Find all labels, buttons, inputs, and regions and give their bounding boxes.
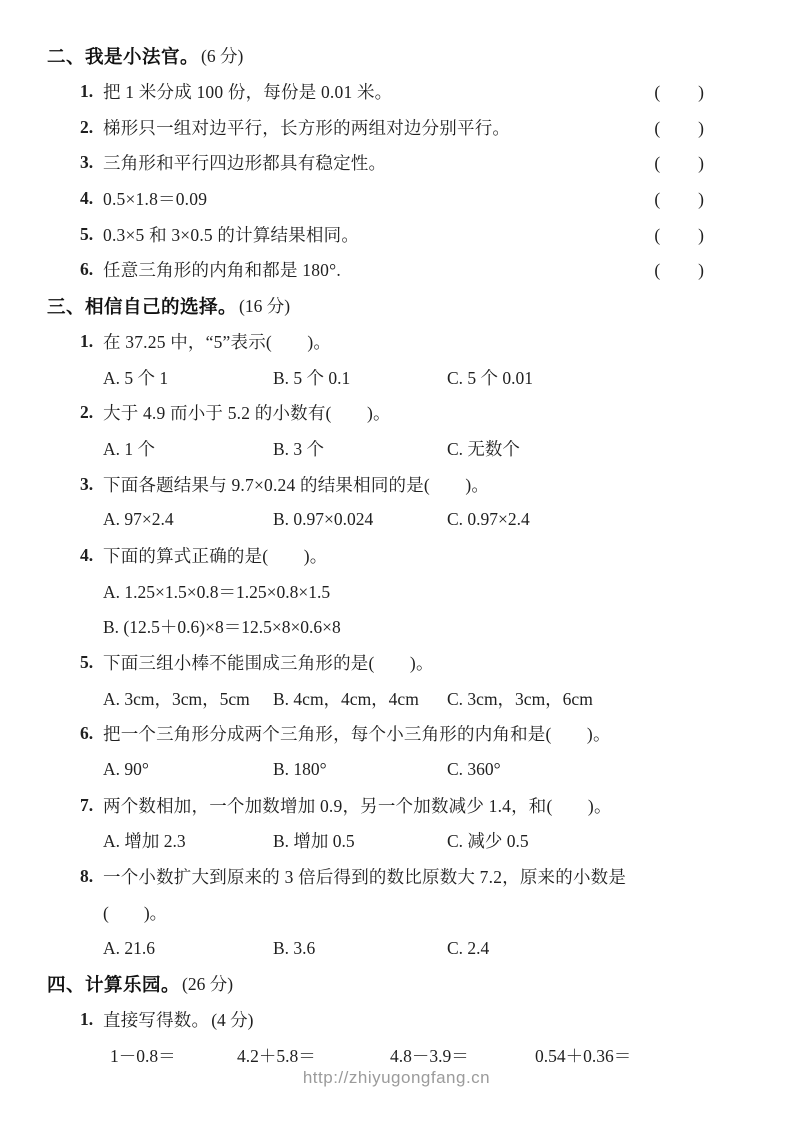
choice-question-5: 5. 下面三组小棒不能围成三角形的是( )。	[80, 645, 705, 681]
calc-problem-3: 4.8－3.9＝	[390, 1043, 535, 1068]
choice-question-7-options: A. 增加 2.3 B. 增加 0.5 C. 减少 0.5	[103, 823, 705, 859]
calc-subtask-1: 1. 直接写得数。 (4 分)	[80, 1002, 705, 1038]
choice-question-3-option-c: C. 0.97×2.4	[447, 509, 705, 530]
choice-question-2-options: A. 1 个 B. 3 个 C. 无数个	[103, 431, 705, 467]
choice-question-8-text: 一个小数扩大到原来的 3 倍后得到的数比原数大 7.2，原来的小数是	[103, 864, 626, 889]
judge-item-5-text: 0.3×5 和 3×0.5 的计算结果相同。	[103, 222, 359, 247]
calc-problem-4: 0.54＋0.36＝	[535, 1043, 705, 1068]
judge-item-2-number: 2.	[80, 117, 103, 138]
judge-item-4: 4. 0.5×1.8＝0.09 ( )	[80, 181, 705, 217]
judge-item-6: 6. 任意三角形的内角和都是 180°. ( )	[80, 252, 705, 288]
choice-question-3-number: 3.	[80, 474, 103, 495]
choice-question-2-number: 2.	[80, 402, 103, 423]
calc-problem-2: 4.2＋5.8＝	[237, 1043, 390, 1068]
choice-question-3-options: A. 97×2.4 B. 0.97×0.024 C. 0.97×2.4	[103, 502, 705, 538]
choice-question-2-option-b: B. 3 个	[273, 436, 447, 461]
choice-question-2: 2. 大于 4.9 而小于 5.2 的小数有( )。	[80, 395, 705, 431]
choice-question-8: 8. 一个小数扩大到原来的 3 倍后得到的数比原数大 7.2，原来的小数是	[80, 859, 705, 895]
choice-question-2-option-a: A. 1 个	[103, 436, 273, 461]
choice-question-4: 4. 下面的算式正确的是( )。	[80, 538, 705, 574]
choice-question-8-options: A. 21.6 B. 3.6 C. 2.4	[103, 930, 705, 966]
choice-question-1-option-b: B. 5 个 0.1	[273, 365, 447, 390]
choice-question-7-option-c: C. 减少 0.5	[447, 828, 705, 853]
choice-question-6: 6. 把一个三角形分成两个三角形，每个小三角形的内角和是( )。	[80, 716, 705, 752]
section-choice-header: 三、相信自己的选择。 (16 分)	[47, 288, 705, 324]
choice-question-6-option-a: A. 90°	[103, 759, 273, 780]
choice-question-4-option-a: A. 1.25×1.5×0.8＝1.25×0.8×1.5	[103, 573, 705, 609]
choice-question-5-option-a: A. 3cm，3cm，5cm	[103, 686, 273, 711]
judge-item-3-text: 三角形和平行四边形都具有稳定性。	[103, 150, 386, 175]
choice-question-8-answer-blank: ( )。	[103, 895, 705, 931]
choice-question-1-number: 1.	[80, 331, 103, 352]
judge-item-5: 5. 0.3×5 和 3×0.5 的计算结果相同。 ( )	[80, 216, 705, 252]
choice-question-1-option-a: A. 5 个 1	[103, 365, 273, 390]
choice-question-6-text: 把一个三角形分成两个三角形，每个小三角形的内角和是( )。	[103, 721, 611, 746]
judge-item-3: 3. 三角形和平行四边形都具有稳定性。 ( )	[80, 145, 705, 181]
judge-item-4-answer-blank: ( )	[654, 186, 705, 211]
judge-item-1-number: 1.	[80, 81, 103, 102]
judge-item-1: 1. 把 1 米分成 100 份，每份是 0.01 米。 ( )	[80, 74, 705, 110]
choice-question-4-text: 下面的算式正确的是( )。	[103, 543, 327, 568]
calc-subtask-1-number: 1.	[80, 1009, 103, 1030]
choice-question-5-option-b: B. 4cm，4cm，4cm	[273, 686, 447, 711]
choice-question-6-option-b: B. 180°	[273, 759, 447, 780]
choice-question-6-option-c: C. 360°	[447, 759, 705, 780]
choice-question-2-option-c: C. 无数个	[447, 436, 705, 461]
choice-question-8-option-c: C. 2.4	[447, 938, 705, 959]
choice-question-4-option-b-text: B. (12.5＋0.6)×8＝12.5×8×0.6×8	[103, 614, 341, 639]
section-choice-title: 三、相信自己的选择。	[47, 293, 237, 319]
site-watermark: http://zhiyugongfang.cn	[0, 1068, 793, 1088]
section-choice-score: (16 分)	[239, 293, 290, 318]
choice-question-4-option-a-text: A. 1.25×1.5×0.8＝1.25×0.8×1.5	[103, 579, 330, 604]
choice-question-3: 3. 下面各题结果与 9.7×0.24 的结果相同的是( )。	[80, 466, 705, 502]
choice-question-5-text: 下面三组小棒不能围成三角形的是( )。	[103, 650, 434, 675]
choice-question-8-option-b: B. 3.6	[273, 938, 447, 959]
choice-question-4-option-b: B. (12.5＋0.6)×8＝12.5×8×0.6×8	[103, 609, 705, 645]
section-judge-title: 二、我是小法官。	[47, 43, 199, 69]
choice-question-7-number: 7.	[80, 795, 103, 816]
choice-question-3-option-a: A. 97×2.4	[103, 509, 273, 530]
choice-question-6-options: A. 90° B. 180° C. 360°	[103, 752, 705, 788]
judge-item-5-answer-blank: ( )	[654, 222, 705, 247]
choice-question-2-text: 大于 4.9 而小于 5.2 的小数有( )。	[103, 400, 391, 425]
choice-question-6-number: 6.	[80, 723, 103, 744]
choice-question-7-option-a: A. 增加 2.3	[103, 828, 273, 853]
judge-item-2-answer-blank: ( )	[654, 115, 705, 140]
choice-question-3-text: 下面各题结果与 9.7×0.24 的结果相同的是( )。	[103, 472, 489, 497]
calc-problem-1: 1－0.8＝	[110, 1043, 237, 1068]
choice-question-8-answer-blank-text: ( )。	[103, 900, 167, 925]
judge-item-2: 2. 梯形只一组对边平行，长方形的两组对边分别平行。 ( )	[80, 109, 705, 145]
choice-question-1: 1. 在 37.25 中，“5”表示( )。	[80, 324, 705, 360]
judge-item-4-number: 4.	[80, 188, 103, 209]
choice-question-7-option-b: B. 增加 0.5	[273, 828, 447, 853]
choice-question-1-option-c: C. 5 个 0.01	[447, 365, 705, 390]
choice-question-7: 7. 两个数相加，一个加数增加 0.9，另一个加数减少 1.4，和( )。	[80, 787, 705, 823]
choice-question-1-options: A. 5 个 1 B. 5 个 0.1 C. 5 个 0.01	[103, 359, 705, 395]
judge-item-1-answer-blank: ( )	[654, 79, 705, 104]
judge-item-5-number: 5.	[80, 224, 103, 245]
choice-question-5-option-c: C. 3cm，3cm，6cm	[447, 686, 705, 711]
judge-item-4-text: 0.5×1.8＝0.09	[103, 186, 207, 211]
choice-question-8-number: 8.	[80, 866, 103, 887]
judge-item-1-text: 把 1 米分成 100 份，每份是 0.01 米。	[103, 79, 392, 104]
exam-page: 二、我是小法官。 (6 分) 1. 把 1 米分成 100 份，每份是 0.01…	[0, 0, 793, 1073]
section-judge-header: 二、我是小法官。 (6 分)	[47, 38, 705, 74]
judge-item-6-answer-blank: ( )	[654, 257, 705, 282]
calc-subtask-1-text: 直接写得数。	[103, 1007, 209, 1032]
judge-item-3-answer-blank: ( )	[654, 150, 705, 175]
section-judge-score: (6 分)	[201, 43, 243, 68]
judge-item-6-text: 任意三角形的内角和都是 180°.	[103, 257, 341, 282]
section-calc-header: 四、计算乐园。 (26 分)	[47, 966, 705, 1002]
judge-item-3-number: 3.	[80, 152, 103, 173]
calc-subtask-1-score: (4 分)	[211, 1007, 253, 1032]
choice-question-3-option-b: B. 0.97×0.024	[273, 509, 447, 530]
choice-question-5-number: 5.	[80, 652, 103, 673]
judge-item-2-text: 梯形只一组对边平行，长方形的两组对边分别平行。	[103, 115, 510, 140]
choice-question-5-options: A. 3cm，3cm，5cm B. 4cm，4cm，4cm C. 3cm，3cm…	[103, 680, 705, 716]
choice-question-7-text: 两个数相加，一个加数增加 0.9，另一个加数减少 1.4，和( )。	[103, 793, 612, 818]
choice-question-1-text: 在 37.25 中，“5”表示( )。	[103, 329, 331, 354]
section-calc-score: (26 分)	[182, 971, 233, 996]
choice-question-8-option-a: A. 21.6	[103, 938, 273, 959]
judge-item-6-number: 6.	[80, 259, 103, 280]
section-calc-title: 四、计算乐园。	[47, 971, 180, 997]
choice-question-4-number: 4.	[80, 545, 103, 566]
